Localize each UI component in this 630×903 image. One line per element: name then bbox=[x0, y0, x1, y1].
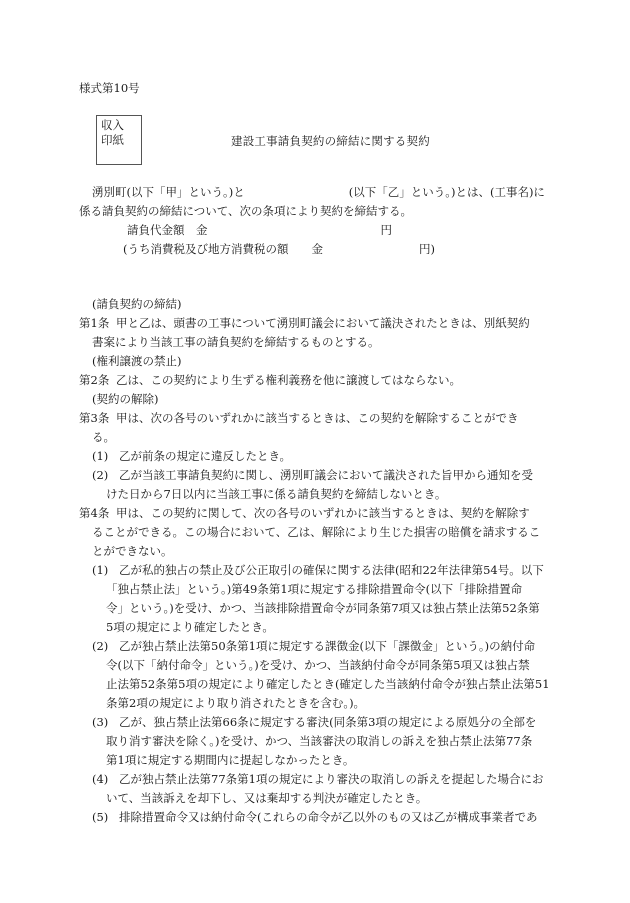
stamp-box-label-line1: 収入 bbox=[101, 118, 141, 133]
article-3-label: 第3条 bbox=[79, 409, 116, 428]
article-4-item-1: (1)乙が私的独占の禁止及び公正取引の確保に関する法律(昭和22年法律第54号。… bbox=[79, 561, 549, 580]
article-3-heading: (契約の解除) bbox=[79, 390, 549, 409]
intro-party-a: 湧別町(以下「甲」という。)と bbox=[92, 185, 245, 199]
article-1-heading: (請負契約の締結) bbox=[79, 295, 549, 314]
article-4-item-4-cont-1: いて、当該訴えを却下し、又は棄却する判決が確定したとき。 bbox=[79, 789, 549, 808]
form-number: 様式第10号 bbox=[79, 80, 140, 96]
intro-party-b: (以下「乙」という。)とは、(工事名)に bbox=[349, 185, 545, 199]
article-3-line-2: る。 bbox=[79, 428, 549, 447]
article-4-item-3-cont-1: 取り消す審決を除く。)を受け、かつ、当該審決の取消しの訴えを独占禁止法第77条 bbox=[79, 732, 549, 751]
article-4-item-2-cont-2: 止法第52条第5項の規定により確定したとき(確定した当該納付命令が独占禁止法第5… bbox=[79, 675, 549, 694]
article-4-item-1-cont-2: 令」という。)を受け、かつ、当該排除措置命令が同条第7項又は独占禁止法第52条第 bbox=[79, 599, 549, 618]
tax-amount-line: (うち消費税及び地方消費税の額 金円) bbox=[79, 240, 549, 259]
article-4-item-2-cont-1: 令(以下「納付命令」という。)を受け、かつ、当該納付命令が同条第5項又は独占禁 bbox=[79, 656, 549, 675]
article-4-item-2: (2)乙が独占禁止法第50条第1項に規定する課徴金(以下「課徴金」という。)の納… bbox=[79, 637, 549, 656]
tax-amount-label: (うち消費税及び地方消費税の額 金 bbox=[123, 242, 323, 256]
contract-amount-line: 請負代金額 金円 bbox=[79, 221, 549, 240]
article-1-line-1: 第1条甲と乙は、頭書の工事について湧別町議会において議決されたときは、別紙契約 bbox=[79, 314, 549, 333]
article-4-line-3: とができない。 bbox=[79, 542, 549, 561]
article-4-item-1-cont-3: 5項の規定により確定したとき。 bbox=[79, 618, 549, 637]
article-3-item-2-cont: けた日から7日以内に当該工事に係る請負契約を締結しないとき。 bbox=[79, 485, 549, 504]
article-2-label: 第2条 bbox=[79, 371, 116, 390]
article-3-item-1: (1)乙が前条の規定に違反したとき。 bbox=[79, 447, 549, 466]
article-3-line-1: 第3条甲は、次の各号のいずれかに該当するときは、この契約を解除することができ bbox=[79, 409, 549, 428]
article-1-label: 第1条 bbox=[79, 314, 116, 333]
contract-amount-label: 請負代金額 金 bbox=[127, 223, 208, 237]
article-4-line-1: 第4条甲は、この契約に関して、次の各号のいずれかに該当するときは、契約を解除す bbox=[79, 504, 549, 523]
stamp-box-label-line2: 印紙 bbox=[101, 133, 141, 148]
intro-section: 湧別町(以下「甲」という。)と(以下「乙」という。)とは、(工事名)に 係る請負… bbox=[79, 183, 549, 259]
article-1-line-2: 書案により当該工事の請負契約を締結するものとする。 bbox=[79, 333, 549, 352]
document-title: 建設工事請負契約の締結に関する契約 bbox=[231, 133, 430, 149]
article-4-line-2: ることができる。この場合において、乙は、解除により生じた損害の賠償を請求するこ bbox=[79, 523, 549, 542]
article-2-line-1: 第2条乙は、この契約により生ずる権利義務を他に譲渡してはならない。 bbox=[79, 371, 549, 390]
tax-amount-unit: 円) bbox=[419, 242, 435, 256]
intro-line-2: 係る請負契約の締結について、次の条項により契約を締結する。 bbox=[79, 202, 549, 221]
article-4-item-3: (3)乙が、独占禁止法第66条に規定する審決(同条第3項の規定による原処分の全部… bbox=[79, 713, 549, 732]
article-2-heading: (権利譲渡の禁止) bbox=[79, 352, 549, 371]
revenue-stamp-box: 収入 印紙 bbox=[96, 115, 142, 165]
article-4-label: 第4条 bbox=[79, 504, 116, 523]
article-4-item-1-cont-1: 「独占禁止法」という。)第49条第1項に規定する排除措置命令(以下「排除措置命 bbox=[79, 580, 549, 599]
article-3-item-2: (2)乙が当該工事請負契約に関し、湧別町議会において議決された旨甲から通知を受 bbox=[79, 466, 549, 485]
intro-line-1: 湧別町(以下「甲」という。)と(以下「乙」という。)とは、(工事名)に bbox=[79, 183, 549, 202]
article-4-item-2-cont-3: 条第2項の規定により取り消されたときを含む。)。 bbox=[79, 694, 549, 713]
article-4-item-5: (5)排除措置命令又は納付命令(これらの命令が乙以外のもの又は乙が構成事業者であ bbox=[79, 808, 549, 827]
article-4-item-4: (4)乙が独占禁止法第77条第1項の規定により審決の取消しの訴えを提起した場合に… bbox=[79, 770, 549, 789]
document-page: 様式第10号 収入 印紙 建設工事請負契約の締結に関する契約 湧別町(以下「甲」… bbox=[0, 0, 630, 903]
article-4-item-3-cont-2: 第1項に規定する期間内に提起しなかったとき。 bbox=[79, 751, 549, 770]
articles-section: (請負契約の締結) 第1条甲と乙は、頭書の工事について湧別町議会において議決され… bbox=[79, 295, 549, 827]
contract-amount-unit: 円 bbox=[381, 223, 393, 237]
